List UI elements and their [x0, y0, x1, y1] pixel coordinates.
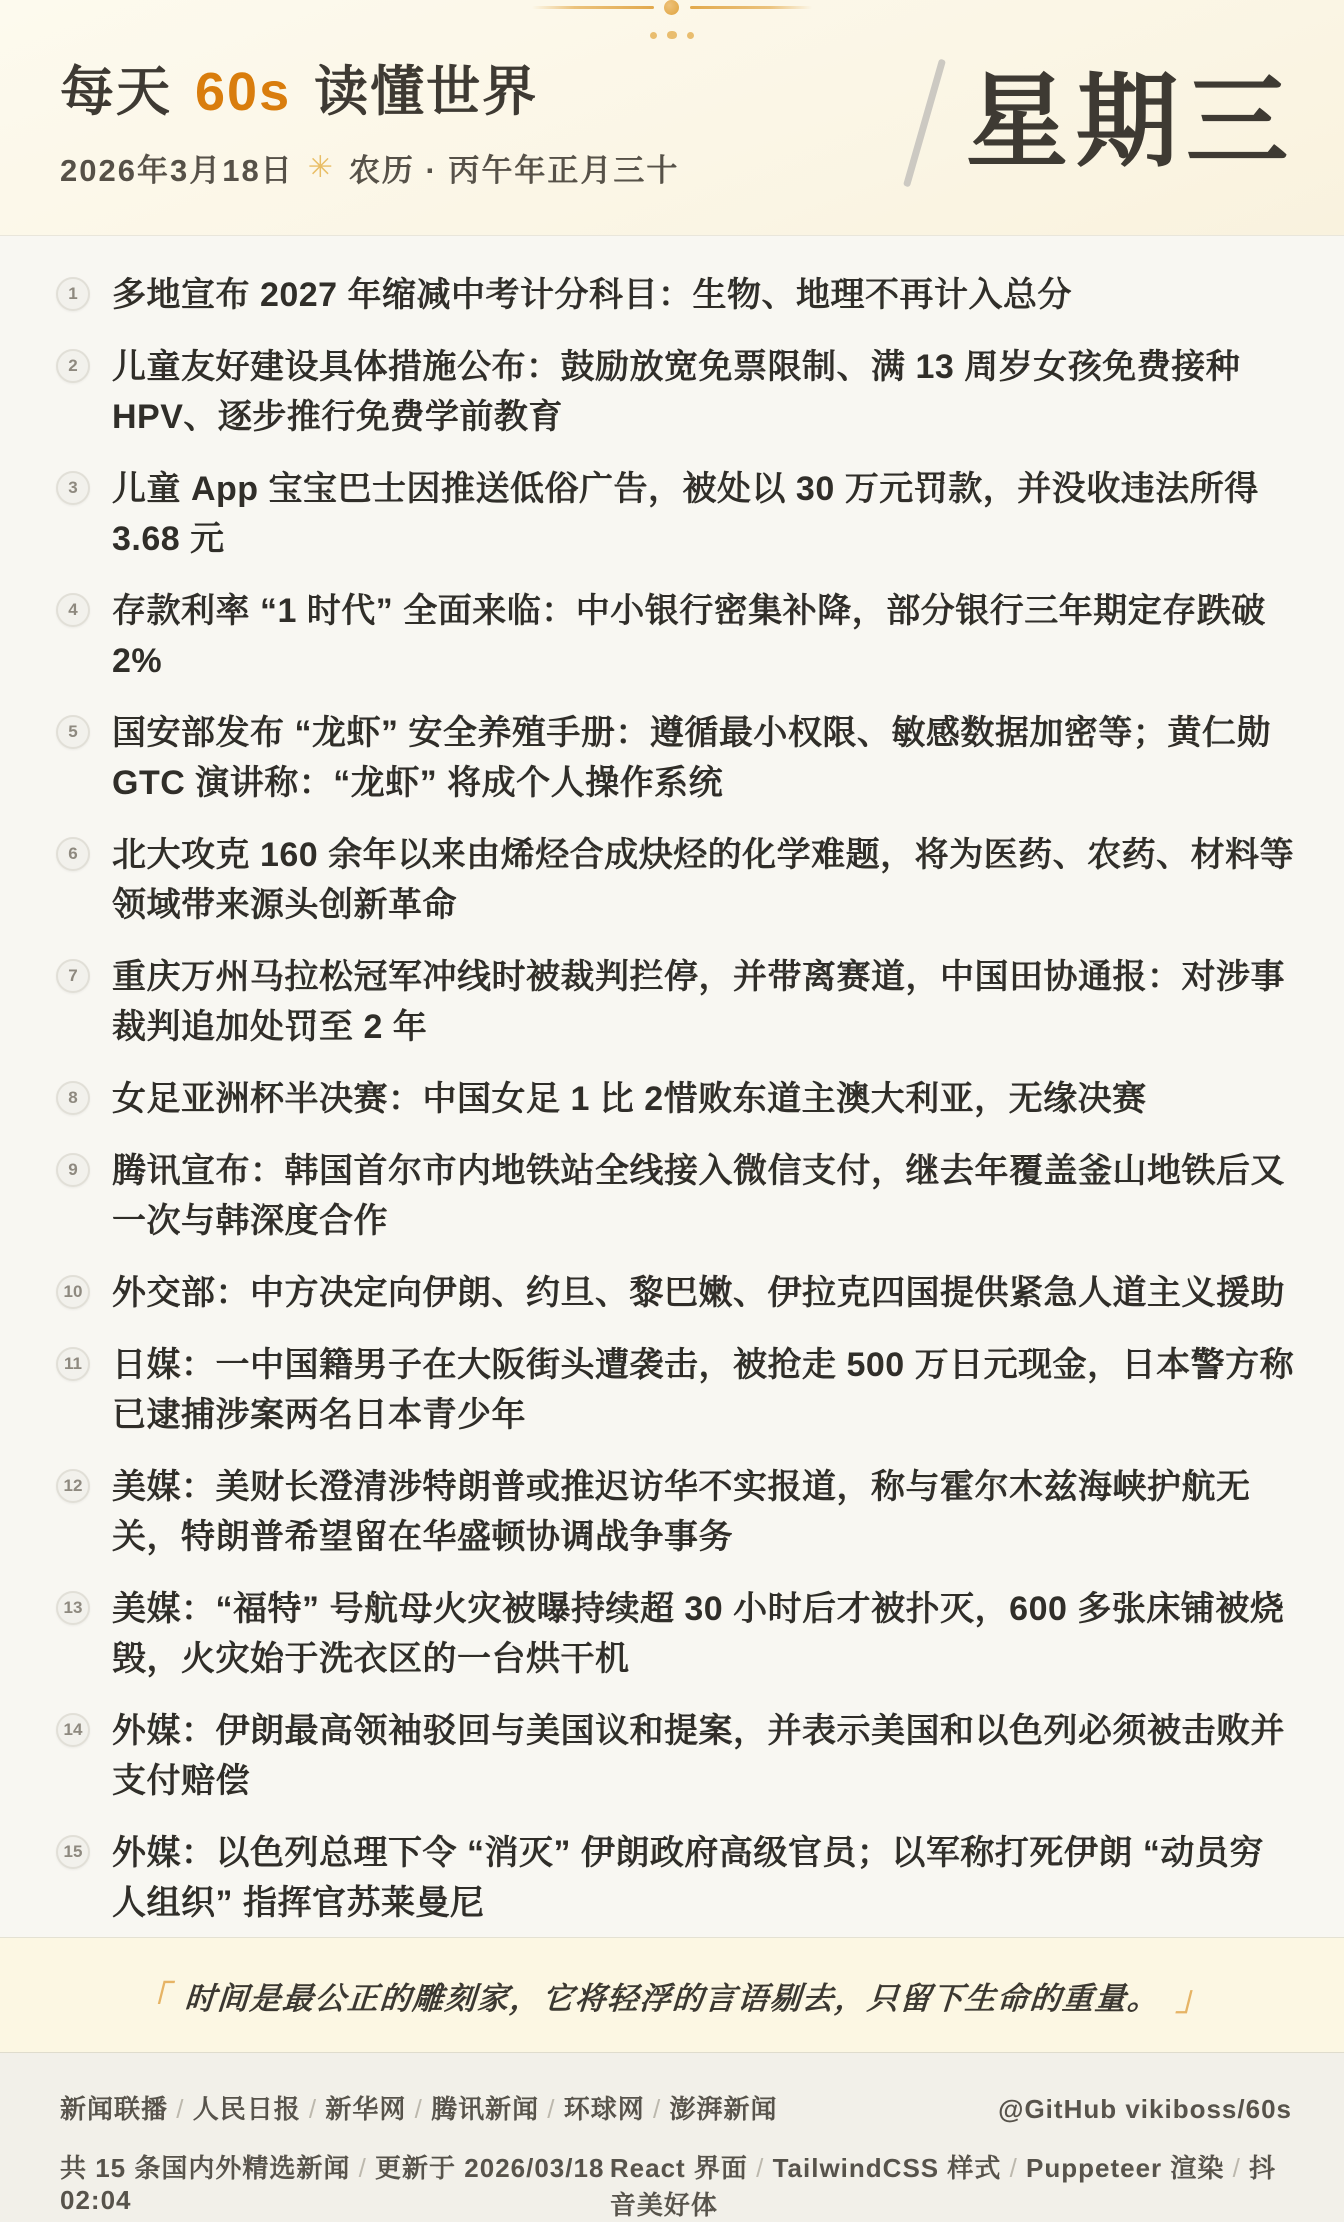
quote: 「 时间是最公正的雕刻家，它将轻浮的言语剔去，只留下生命的重量。 」: [135, 1971, 1210, 2020]
news-item: 5 国安部发布 “龙虾” 安全养殖手册：遵循最小权限、敏感数据加密等；黄仁勋 G…: [56, 708, 1298, 808]
news-item-text: 重庆万州马拉松冠军冲线时被裁判拦停，并带离赛道，中国田协通报：对涉事裁判追加处罚…: [112, 952, 1298, 1052]
footer: 新闻联播 / 人民日报 / 新华网 / 腾讯新闻 / 环球网 / 澎湃新闻 @G…: [0, 2053, 1344, 2222]
news-item: 7 重庆万州马拉松冠军冲线时被裁判拦停，并带离赛道，中国田协通报：对涉事裁判追加…: [56, 952, 1298, 1052]
news-item: 6 北大攻克 160 余年以来由烯烃合成炔烃的化学难题，将为医药、农药、材料等领…: [56, 830, 1298, 930]
quote-close-bracket-icon: 」: [1176, 1971, 1210, 2020]
news-card: 每天 60s 读懂世界 2026年3月18日 ✳ 农历 · 丙午年正月三十 星期…: [0, 0, 1344, 2222]
footer-row-sources: 新闻联播 / 人民日报 / 新华网 / 腾讯新闻 / 环球网 / 澎湃新闻 @G…: [60, 2089, 1292, 2126]
gregorian-date: 2026年3月18日: [60, 145, 294, 190]
update-summary: 共 15 条国内外精选新闻 / 更新于 2026/03/18 02:04: [60, 2148, 610, 2216]
news-sources: 新闻联播 / 人民日报 / 新华网 / 腾讯新闻 / 环球网 / 澎湃新闻: [60, 2089, 777, 2126]
title-suffix: 读懂世界: [314, 62, 538, 122]
footer-text: 新闻联播: [60, 2094, 168, 2124]
footer-text: 腾讯新闻: [431, 2094, 539, 2124]
news-item-number: 2: [56, 349, 90, 383]
news-item-number: 13: [56, 1591, 90, 1625]
news-item-text: 儿童 App 宝宝巴士因推送低俗广告，被处以 30 万元罚款，并没收违法所得 3…: [112, 464, 1298, 564]
news-item-number: 11: [56, 1347, 90, 1381]
news-item-number: 4: [56, 593, 90, 627]
news-list: 1 多地宣布 2027 年缩减中考计分科目：生物、地理不再计入总分 2 儿童友好…: [0, 236, 1344, 1937]
header-ornament: [512, 0, 832, 46]
footer-text: 人民日报: [193, 2094, 301, 2124]
slash-separator: /: [406, 2094, 431, 2124]
header-left: 每天 60s 读懂世界 2026年3月18日 ✳ 农历 · 丙午年正月三十: [60, 63, 679, 189]
news-item-text: 女足亚洲杯半决赛：中国女足 1 比 2惜败东道主澳大利亚，无缘决赛: [112, 1074, 1147, 1124]
title-highlight: 60s: [189, 62, 297, 122]
news-item: 9 腾讯宣布：韩国首尔市内地铁站全线接入微信支付，继去年覆盖釜山地铁后又一次与韩…: [56, 1146, 1298, 1246]
slash-separator: /: [1224, 2153, 1249, 2183]
news-item-number: 14: [56, 1713, 90, 1747]
slash-separator: /: [301, 2094, 326, 2124]
ornament-circle-icon: [664, 0, 679, 15]
footer-text: React 界面: [610, 2153, 748, 2183]
slash-separator: /: [1001, 2153, 1026, 2183]
lunar-date: 农历 · 丙午年正月三十: [349, 145, 680, 190]
slash-separator: /: [350, 2153, 375, 2183]
news-item-number: 6: [56, 837, 90, 871]
news-item-text: 多地宣布 2027 年缩减中考计分科目：生物、地理不再计入总分: [112, 270, 1072, 320]
news-item-number: 3: [56, 471, 90, 505]
title-prefix: 每天: [60, 62, 172, 122]
news-item-text: 外媒：伊朗最高领袖驳回与美国议和提案，并表示美国和以色列必须被击败并支付赔偿: [112, 1706, 1298, 1806]
news-item-text: 国安部发布 “龙虾” 安全养殖手册：遵循最小权限、敏感数据加密等；黄仁勋 GTC…: [112, 708, 1298, 808]
news-item-text: 存款利率 “1 时代” 全面来临：中小银行密集补降，部分银行三年期定存跌破 2%: [112, 586, 1298, 686]
ornament-line-icon: [532, 6, 654, 9]
quote-text: 时间是最公正的雕刻家，它将轻浮的言语剔去，只留下生命的重量。: [183, 1973, 1161, 2018]
news-item: 1 多地宣布 2027 年缩减中考计分科目：生物、地理不再计入总分: [56, 270, 1298, 320]
header: 每天 60s 读懂世界 2026年3月18日 ✳ 农历 · 丙午年正月三十 星期…: [0, 0, 1344, 236]
news-item: 11 日媒：一中国籍男子在大阪街头遭袭击，被抢走 500 万日元现金，日本警方称…: [56, 1340, 1298, 1440]
news-item-number: 12: [56, 1469, 90, 1503]
news-item-text: 北大攻克 160 余年以来由烯烃合成炔烃的化学难题，将为医药、农药、材料等领域带…: [112, 830, 1298, 930]
news-item-text: 美媒：美财长澄清涉特朗普或推迟访华不实报道，称与霍尔木兹海峡护航无关，特朗普希望…: [112, 1462, 1298, 1562]
news-item-number: 9: [56, 1153, 90, 1187]
news-item-number: 10: [56, 1275, 90, 1309]
ornament-dots-icon: [512, 31, 832, 39]
header-right: 星期三: [921, 65, 1298, 189]
asterisk-icon: ✳: [308, 150, 335, 185]
footer-text: 环球网: [564, 2094, 645, 2124]
footer-text: 共 15 条国内外精选新闻: [60, 2153, 350, 2183]
quote-open-bracket-icon: 「: [135, 1971, 169, 2020]
news-item: 2 儿童友好建设具体措施公布：鼓励放宽免票限制、满 13 周岁女孩免费接种 HP…: [56, 342, 1298, 442]
news-item-text: 美媒：“福特” 号航母火灾被曝持续超 30 小时后才被扑灭，600 多张床铺被烧…: [112, 1584, 1298, 1684]
news-item-number: 5: [56, 715, 90, 749]
footer-row-meta: 共 15 条国内外精选新闻 / 更新于 2026/03/18 02:04 Rea…: [60, 2148, 1292, 2222]
news-item-text: 外交部：中方决定向伊朗、约旦、黎巴嫩、伊拉克四国提供紧急人道主义援助: [112, 1268, 1285, 1318]
news-item: 13 美媒：“福特” 号航母火灾被曝持续超 30 小时后才被扑灭，600 多张床…: [56, 1584, 1298, 1684]
news-item: 14 外媒：伊朗最高领袖驳回与美国议和提案，并表示美国和以色列必须被击败并支付赔…: [56, 1706, 1298, 1806]
news-item-number: 7: [56, 959, 90, 993]
footer-text: 新华网: [325, 2094, 406, 2124]
news-item: 8 女足亚洲杯半决赛：中国女足 1 比 2惜败东道主澳大利亚，无缘决赛: [56, 1074, 1298, 1124]
date-line: 2026年3月18日 ✳ 农历 · 丙午年正月三十: [60, 145, 679, 190]
slash-separator: /: [168, 2094, 193, 2124]
news-item: 15 外媒：以色列总理下令 “消灭” 伊朗政府高级官员；以军称打死伊朗 “动员穷…: [56, 1828, 1298, 1928]
news-item-text: 儿童友好建设具体措施公布：鼓励放宽免票限制、满 13 周岁女孩免费接种 HPV、…: [112, 342, 1298, 442]
footer-text: Puppeteer 渲染: [1026, 2153, 1224, 2183]
news-item-number: 15: [56, 1835, 90, 1869]
weekday-label: 星期三: [966, 71, 1296, 173]
news-item-number: 1: [56, 277, 90, 311]
weekday-slash-divider: [903, 58, 946, 187]
news-item-text: 腾讯宣布：韩国首尔市内地铁站全线接入微信支付，继去年覆盖釜山地铁后又一次与韩深度…: [112, 1146, 1298, 1246]
news-item: 3 儿童 App 宝宝巴士因推送低俗广告，被处以 30 万元罚款，并没收违法所得…: [56, 464, 1298, 564]
news-item-text: 日媒：一中国籍男子在大阪街头遭袭击，被抢走 500 万日元现金，日本警方称已逮捕…: [112, 1340, 1298, 1440]
quote-section: 「 时间是最公正的雕刻家，它将轻浮的言语剔去，只留下生命的重量。 」: [0, 1937, 1344, 2053]
news-item: 10 外交部：中方决定向伊朗、约旦、黎巴嫩、伊拉克四国提供紧急人道主义援助: [56, 1268, 1298, 1318]
news-item-number: 8: [56, 1081, 90, 1115]
footer-text: TailwindCSS 样式: [773, 2153, 1002, 2183]
slash-separator: /: [748, 2153, 773, 2183]
footer-text: 澎湃新闻: [669, 2094, 777, 2124]
slash-separator: /: [645, 2094, 670, 2124]
slash-separator: /: [539, 2094, 564, 2124]
news-item: 4 存款利率 “1 时代” 全面来临：中小银行密集补降，部分银行三年期定存跌破 …: [56, 586, 1298, 686]
news-item: 12 美媒：美财长澄清涉特朗普或推迟访华不实报道，称与霍尔木兹海峡护航无关，特朗…: [56, 1462, 1298, 1562]
tech-stack: React 界面 / TailwindCSS 样式 / Puppeteer 渲染…: [610, 2148, 1292, 2222]
page-title: 每天 60s 读懂世界: [60, 63, 679, 122]
news-item-text: 外媒：以色列总理下令 “消灭” 伊朗政府高级官员；以军称打死伊朗 “动员穷人组织…: [112, 1828, 1298, 1928]
github-credit: @GitHub vikiboss/60s: [998, 2094, 1292, 2125]
ornament-line-icon: [690, 6, 812, 9]
